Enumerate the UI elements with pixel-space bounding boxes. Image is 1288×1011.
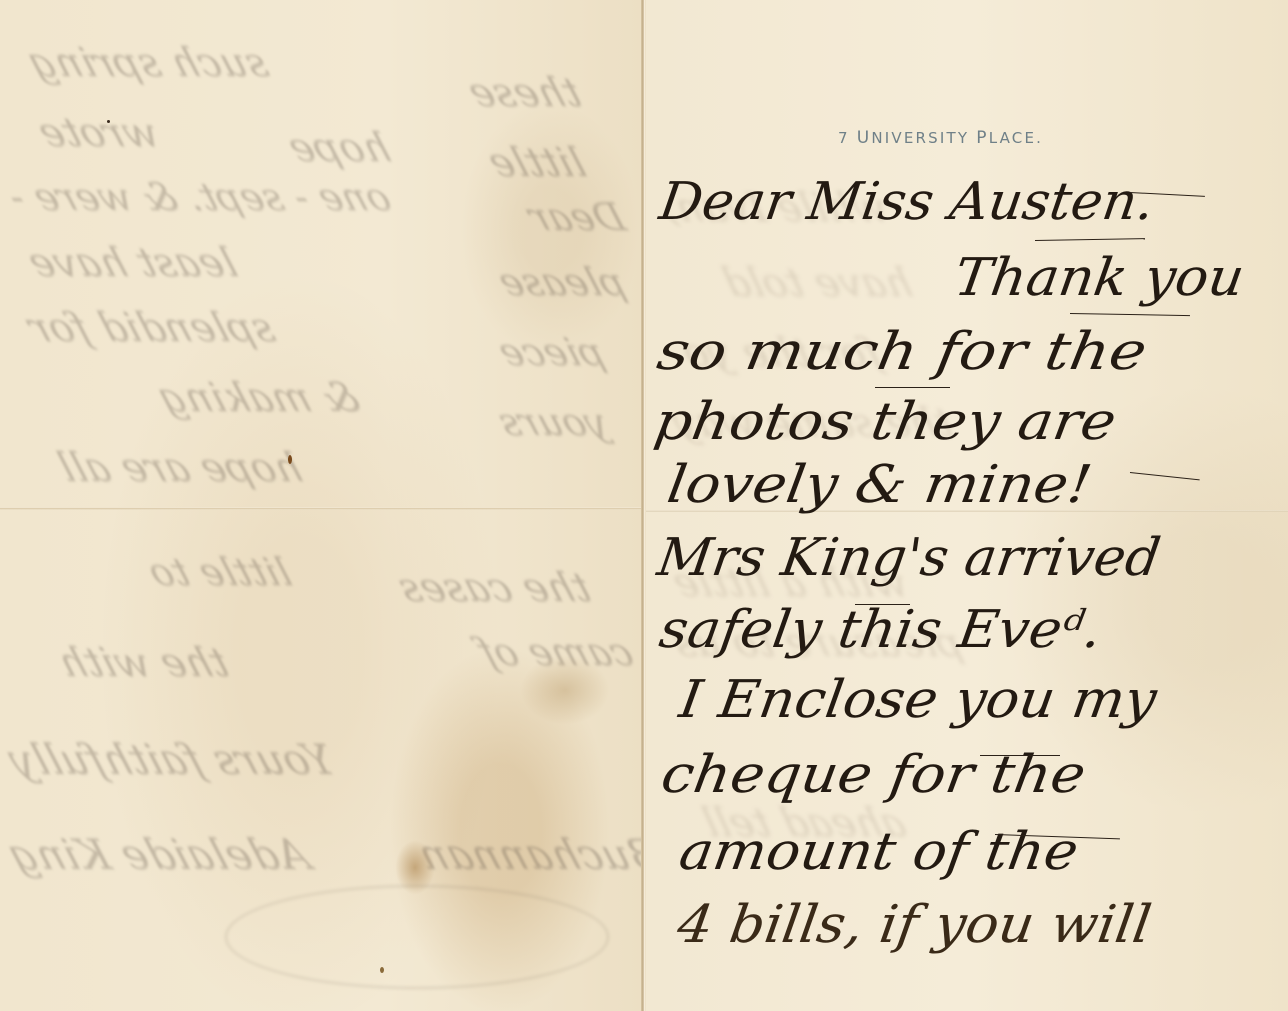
ghost-text-line: please bbox=[493, 260, 631, 304]
ghost-text-line: hope bbox=[283, 125, 397, 171]
letterhead-initial: U bbox=[857, 128, 872, 148]
ghost-text-line: Dear bbox=[523, 195, 631, 239]
ghost-text-line: have told bbox=[718, 260, 917, 306]
ghost-text-line: splendid for bbox=[23, 305, 281, 351]
pen-stroke bbox=[980, 755, 1060, 756]
ghost-text-line: one - sept. & were - bbox=[3, 175, 396, 219]
letterhead-address: 7 UNIVERSITY PLACE. bbox=[838, 128, 1043, 148]
ghost-text-line: the with bbox=[53, 640, 235, 686]
ghost-text-line: & making bbox=[153, 375, 366, 421]
ghost-text-line: the cases bbox=[393, 565, 597, 611]
ghost-text-line: wrote bbox=[33, 110, 165, 156]
ghost-text-line: least have bbox=[23, 240, 243, 286]
ink-stain bbox=[520, 655, 610, 725]
letterhead-word: NIVERSITY bbox=[871, 129, 976, 147]
letter-line: lovely & mine! bbox=[663, 455, 1095, 515]
ghost-text-line: Buchannan bbox=[412, 830, 644, 879]
ghost-text-line: piece bbox=[493, 330, 610, 374]
letter-line: 4 bills, if you will bbox=[674, 895, 1155, 955]
letter-spread: such spring these wrote hope little one … bbox=[0, 0, 1288, 1011]
pen-stroke bbox=[875, 387, 950, 388]
vertical-fold bbox=[641, 0, 646, 1011]
speck bbox=[380, 967, 384, 973]
left-page: such spring these wrote hope little one … bbox=[0, 0, 644, 1011]
ghost-text-line: Adelaide King bbox=[2, 830, 316, 879]
ghost-text-line: little to bbox=[143, 550, 297, 594]
letter-line: photos they are bbox=[650, 392, 1120, 452]
signature-flourish-ghost bbox=[225, 885, 609, 989]
pen-stroke bbox=[855, 604, 910, 605]
letter-line: I Enclose you my bbox=[676, 670, 1161, 730]
letter-line: Mrs King's arrived bbox=[654, 528, 1164, 588]
letterhead-initial: P bbox=[976, 128, 988, 148]
letter-line: Thank you bbox=[951, 248, 1248, 308]
letter-line: safely this Eveᵈ. bbox=[656, 600, 1106, 660]
letterhead-word: LACE. bbox=[989, 129, 1043, 147]
letter-line: cheque for the bbox=[657, 745, 1089, 805]
ghost-text-line: Yours faithfully bbox=[2, 735, 340, 784]
horizontal-fold bbox=[0, 507, 644, 510]
ghost-text-line: hope are all bbox=[53, 445, 309, 491]
speck bbox=[107, 120, 110, 123]
salutation: Dear Miss Austen. bbox=[656, 172, 1158, 232]
letter-line: amount of the bbox=[675, 822, 1082, 882]
ghost-text-line: such spring bbox=[23, 40, 275, 86]
ghost-text-line: little bbox=[483, 140, 592, 186]
ghost-text-line: these bbox=[463, 70, 588, 116]
ink-stain bbox=[395, 840, 435, 895]
speck bbox=[288, 455, 292, 464]
letter-line: so much for the bbox=[653, 322, 1151, 382]
ghost-text-line: yours bbox=[493, 400, 614, 444]
letterhead-number: 7 bbox=[838, 129, 850, 147]
